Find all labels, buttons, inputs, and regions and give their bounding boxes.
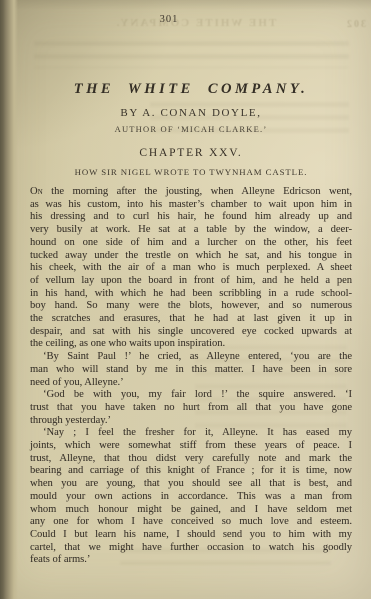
paragraph: ‘By Saint Paul !’ he cried, as Alleyne e… [30, 351, 352, 389]
text-line: joints, which were somewhat stiff from t… [30, 440, 352, 453]
author-byline: BY A. CONAN DOYLE, [30, 107, 352, 120]
text-line: any one for whom I have conceived so muc… [30, 516, 352, 529]
text-line: need of you, Alleyne.’ [30, 377, 352, 390]
text-line: the ceiling, as one who waits upon inspi… [30, 338, 352, 351]
text-line: in his hand, with which he had been scri… [30, 288, 352, 301]
text-line: ‘God be with you, my fair lord !’ the sq… [30, 389, 352, 402]
text-line: his dressing and to curl his hair, he fo… [30, 211, 352, 224]
text-line: man who will stand by me in this matter.… [30, 364, 352, 377]
text-line: his cheek, with the air of a man who is … [30, 262, 352, 275]
text-line: despair, and sat with his single uncover… [30, 326, 352, 339]
paragraph: ‘Nay ; I feel the fresher for it, Alleyn… [30, 427, 352, 567]
book-page-scan: THE WHITE COMPANY. 302 301 THE WHITE COM… [0, 0, 371, 599]
text-line: bearing and carriage of this knight of F… [30, 465, 352, 478]
text-line: feats of arms.’ [30, 554, 352, 567]
text-line: On the morning after the jousting, when … [30, 186, 352, 199]
text-line: through yesterday.’ [30, 415, 352, 428]
text-line: cartel, that we might have further occas… [30, 542, 352, 555]
page-content: 301 THE WHITE COMPANY. BY A. CONAN DOYLE… [0, 0, 371, 599]
text-line: the scratches and erasures, that he had … [30, 313, 352, 326]
text-line: mould your own actions in accordance. Th… [30, 491, 352, 504]
chapter-subtitle: HOW SIR NIGEL WROTE TO TWYNHAM CASTLE. [30, 167, 352, 178]
text-line: ‘Nay ; I feel the fresher for it, Alleyn… [30, 427, 352, 440]
text-line: boy hand. So many were the blots, howeve… [30, 300, 352, 313]
book-title: THE WHITE COMPANY. [30, 81, 352, 98]
text-line: very busily at work. He sat at a table b… [30, 224, 352, 237]
chapter-heading: CHAPTER XXV. [30, 147, 352, 161]
text-line: Could I but learn his name, I should sen… [30, 529, 352, 542]
author-credit-line: AUTHOR OF ‘MICAH CLARKE.’ [30, 124, 352, 134]
text-line: of vellum lay upon the board in front of… [30, 275, 352, 288]
text-line: whom much honour might be gained, and I … [30, 504, 352, 517]
text-line: tucked away under the trestle on which h… [30, 250, 352, 263]
paragraph: On the morning after the jousting, when … [30, 186, 352, 351]
body-text: On the morning after the jousting, when … [30, 186, 352, 567]
paragraph: ‘God be with you, my fair lord !’ the sq… [30, 389, 352, 427]
text-line: ‘By Saint Paul !’ he cried, as Alleyne e… [30, 351, 352, 364]
text-line: hound on one side of him and a lurcher o… [30, 237, 352, 250]
text-line: trust that you have taken no hurt from a… [30, 402, 352, 415]
text-line: trust, Alleyne, that thou didst very car… [30, 453, 352, 466]
text-line: as was his custom, into his master’s cha… [30, 199, 352, 212]
page-number: 301 [8, 14, 330, 27]
text-line: when you are young, that you should see … [30, 478, 352, 491]
